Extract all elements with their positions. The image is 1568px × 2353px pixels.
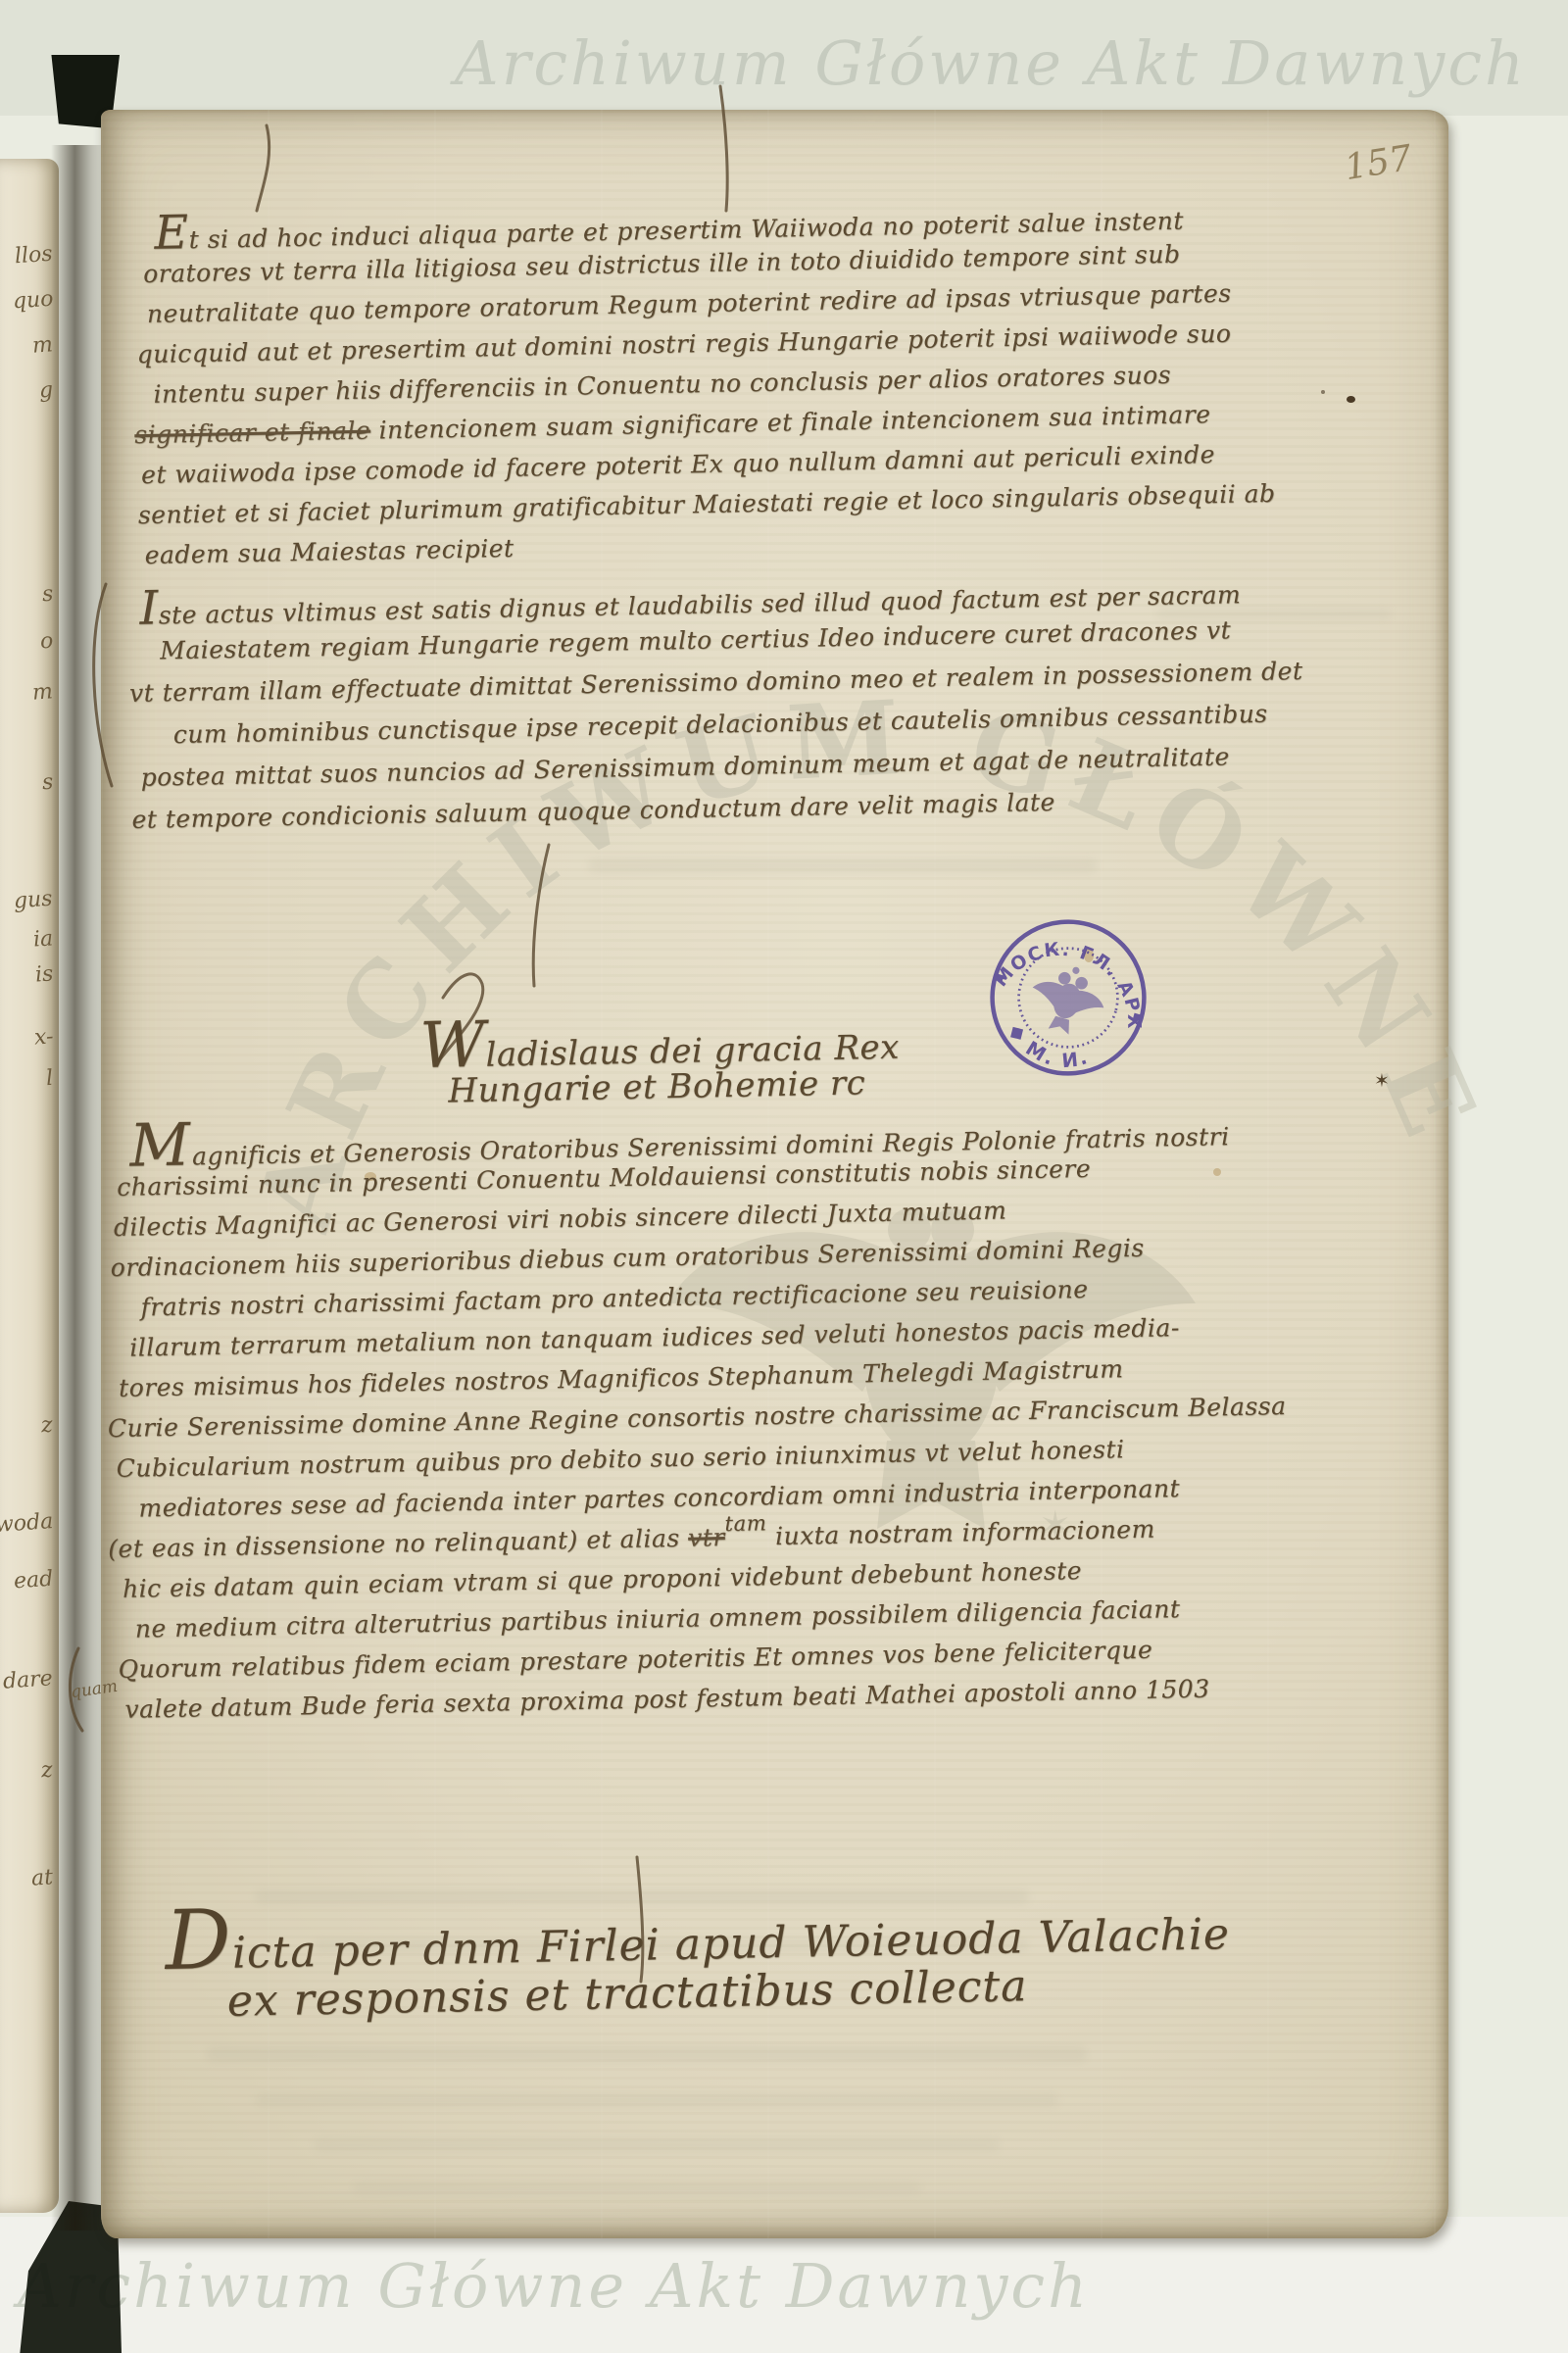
pen-flourishes <box>0 0 1568 2353</box>
margin-asterisk-mark: ✶ <box>1374 1070 1390 1092</box>
ink-speck <box>1347 396 1355 403</box>
ink-speck <box>1321 390 1325 394</box>
archive-scan-viewer: { "archive": { "watermark_top": "Archiwu… <box>0 0 1568 2353</box>
